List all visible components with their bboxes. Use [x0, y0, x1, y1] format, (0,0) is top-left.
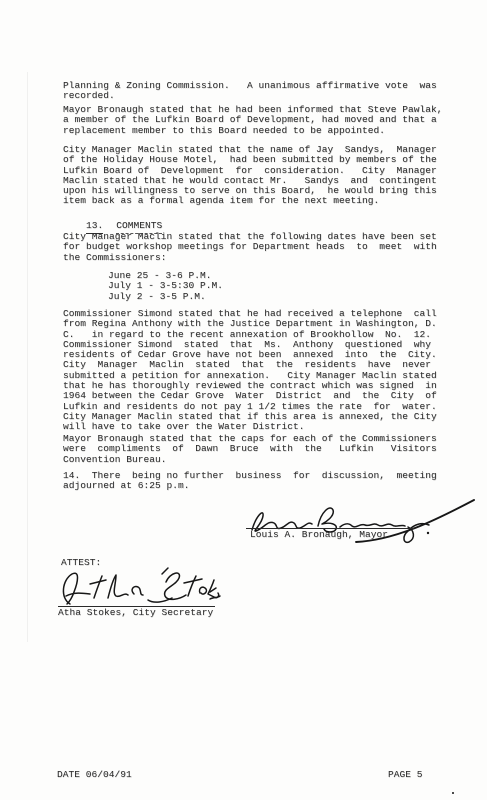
para-adjournment: 14. There being no further business for … — [63, 471, 437, 492]
para-commissioner-caps: Mayor Bronaugh stated that the caps for … — [63, 434, 437, 465]
secretary-signature — [50, 566, 220, 608]
mayor-typed-name: Louis A. Bronaugh, Mayor — [250, 530, 388, 540]
para-board-replacement: Mayor Bronaugh stated that he had been i… — [63, 105, 443, 136]
footer-page-number: PAGE 5 — [388, 770, 423, 780]
secretary-typed-name: Atha Stokes, City Secretary — [58, 608, 213, 618]
scan-artifact-dot — [452, 792, 454, 794]
para-budget-workshops: City Manager Maclin stated that the foll… — [63, 232, 437, 263]
para-planning-zoning-vote: Planning & Zoning Commission. A unanimou… — [63, 81, 437, 102]
para-jay-sandys: City Manager Maclin stated that the name… — [63, 145, 437, 207]
schedule-list: June 25 - 3-6 P.M. July 1 - 3-5:30 P.M. … — [108, 271, 223, 302]
scan-artifact-line — [27, 72, 28, 642]
mayor-signature — [236, 494, 478, 550]
footer-date: DATE 06/04/91 — [57, 770, 132, 780]
para-simond-annexation: Commissioner Simond stated that he had r… — [63, 309, 437, 433]
document-page: Planning & Zoning Commission. A unanimou… — [0, 0, 487, 800]
